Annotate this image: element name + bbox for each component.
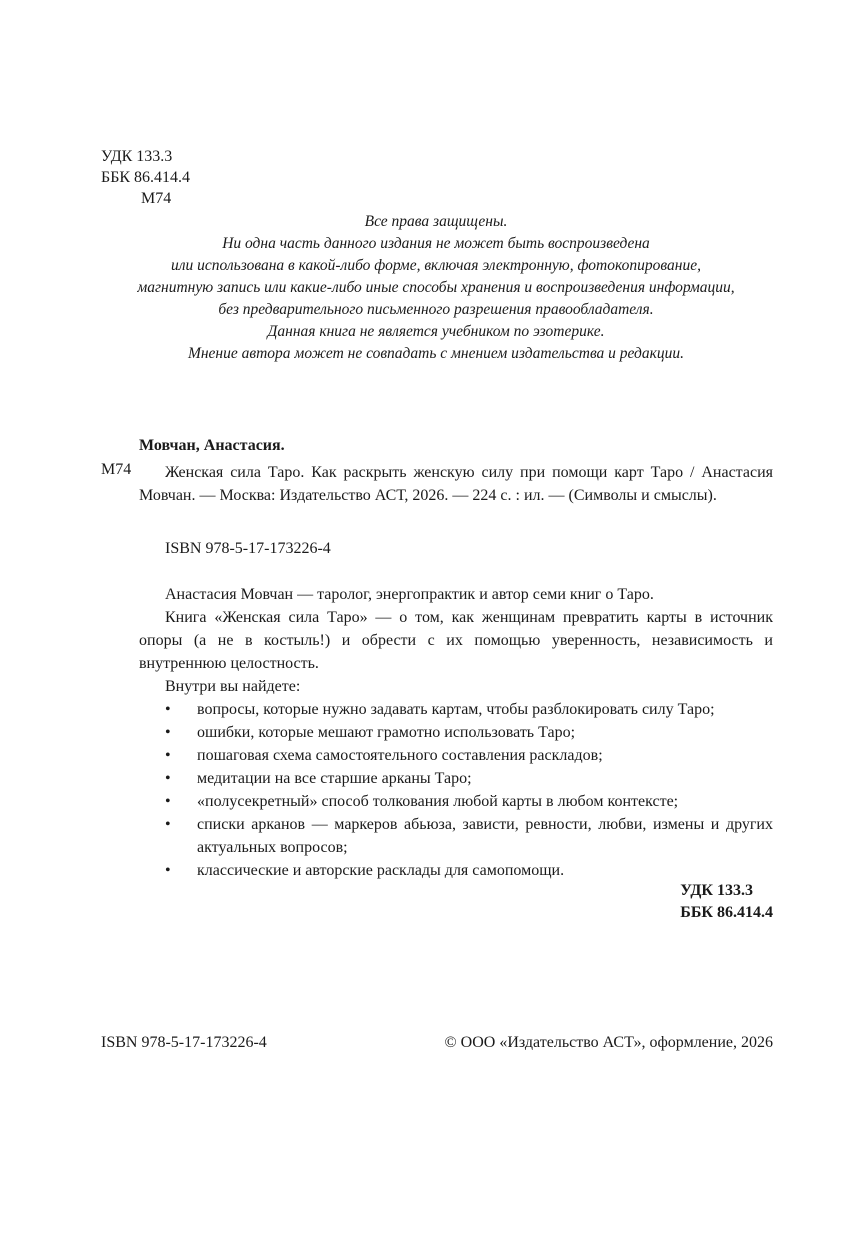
bullet-icon: • [165,790,171,813]
list-item: •классические и авторские расклады для с… [139,859,773,882]
list-item: •«полусекретный» способ толкования любой… [139,790,773,813]
rights-line: Все права защищены. [100,211,772,233]
list-item: •медитации на все старшие арканы Таро; [139,767,773,790]
annotation-paragraph: Внутри вы найдете: [139,675,773,698]
udk-code: УДК 133.3 [680,880,773,902]
bbk-code: ББК 86.414.4 [680,902,773,924]
annotation-paragraph: Книга «Женская сила Таро» — о том, как ж… [139,606,773,675]
rights-line: Мнение автора может не совпадать с мнени… [100,343,772,365]
bullet-icon: • [165,813,171,836]
rights-line: Ни одна часть данного издания не может б… [100,233,772,255]
author-sign: М74 [101,188,190,209]
bbk-code: ББК 86.414.4 [101,167,190,188]
classification-codes: УДК 133.3 ББК 86.414.4 М74 [101,146,190,209]
list-item-text: «полусекретный» способ толкования любой … [197,793,678,810]
list-item-text: списки арканов — маркеров абьюза, завист… [197,816,773,856]
bullet-icon: • [165,744,171,767]
annotation: Анастасия Мовчан — таролог, энергопракти… [139,583,773,882]
list-item-text: медитации на все старшие арканы Таро; [197,770,472,787]
rights-line: или использована в какой-либо форме, вкл… [100,255,772,277]
rights-line: без предварительного письменного разреше… [100,299,772,321]
author-heading: Мовчан, Анастасия. [139,437,285,455]
rights-line: магнитную запись или какие-либо иные спо… [100,277,772,299]
list-item-text: классические и авторские расклады для са… [197,862,564,879]
footer-isbn: ISBN 978-5-17-173226-4 [101,1034,267,1052]
list-item: •вопросы, которые нужно задавать картам,… [139,698,773,721]
list-item: •ошибки, которые мешают грамотно использ… [139,721,773,744]
list-item-text: пошаговая схема самостоятельного составл… [197,747,603,764]
bullet-icon: • [165,859,171,882]
bullet-icon: • [165,767,171,790]
list-item-text: ошибки, которые мешают грамотно использо… [197,724,575,741]
list-item: •списки арканов — маркеров абьюза, завис… [139,813,773,859]
rights-line: Данная книга не является учебником по эз… [100,321,772,343]
list-item-text: вопросы, которые нужно задавать картам, … [197,701,715,718]
author-sign-side: М74 [101,461,131,479]
isbn: ISBN 978-5-17-173226-4 [165,540,331,558]
bullet-icon: • [165,721,171,744]
list-item: •пошаговая схема самостоятельного состав… [139,744,773,767]
bibliographic-description: Женская сила Таро. Как раскрыть женскую … [139,461,773,507]
feature-list: •вопросы, которые нужно задавать картам,… [139,698,773,882]
annotation-paragraph: Анастасия Мовчан — таролог, энергопракти… [139,583,773,606]
udk-code: УДК 133.3 [101,146,190,167]
copyright: © ООО «Издательство АСТ», оформление, 20… [445,1034,774,1052]
bullet-icon: • [165,698,171,721]
classification-codes-bottom: УДК 133.3 ББК 86.414.4 [680,880,773,924]
rights-notice: Все права защищены. Ни одна часть данног… [100,211,772,365]
